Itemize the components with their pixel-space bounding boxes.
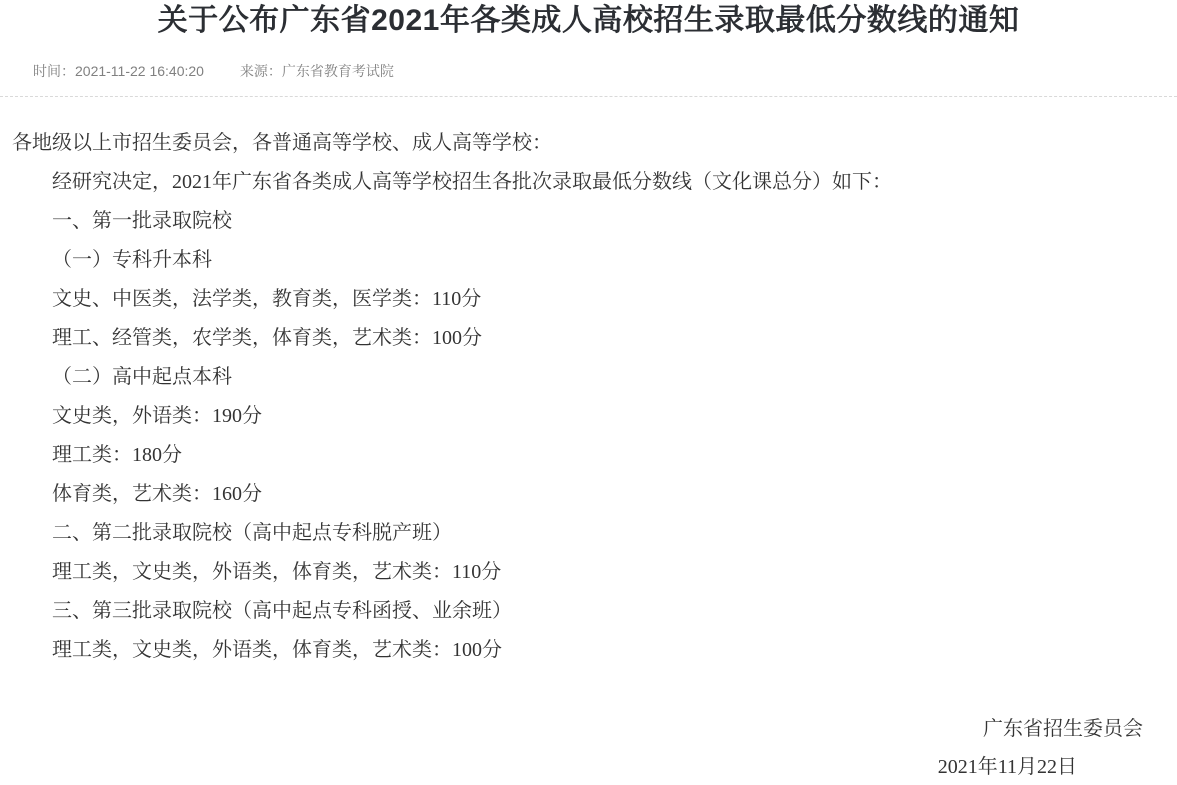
- paragraph-intro: 经研究决定，2021年广东省各类成人高等学校招生各批次录取最低分数线（文化课总分…: [12, 163, 1165, 202]
- signature-date: 2021年11月22日: [0, 748, 1177, 785]
- score-line-tiyu-160: 体育类，艺术类：160分: [12, 475, 1165, 514]
- publish-source-value: 广东省教育考试院: [282, 63, 394, 79]
- publish-time-label: 时间：: [33, 63, 75, 79]
- page-title: 关于公布广东省2021年各类成人高校招生录取最低分数线的通知: [0, 0, 1177, 37]
- score-line-batch3-100: 理工类，文史类，外语类，体育类，艺术类：100分: [12, 631, 1165, 670]
- section-batch-2-heading: 二、第二批录取院校（高中起点专科脱产班）: [12, 514, 1165, 553]
- score-line-wenshi-190: 文史类，外语类：190分: [12, 397, 1165, 436]
- score-line-ligong-100: 理工、经管类，农学类，体育类，艺术类：100分: [12, 319, 1165, 358]
- publish-source: 来源：广东省教育考试院: [240, 63, 394, 79]
- paragraph-addressees: 各地级以上市招生委员会，各普通高等学校、成人高等学校：: [12, 124, 1165, 163]
- signature-block: 广东省招生委员会 2021年11月22日: [0, 710, 1177, 785]
- publish-source-label: 来源：: [240, 63, 282, 79]
- section-batch-1-heading: 一、第一批录取院校: [12, 202, 1165, 241]
- notice-article-page: 关于公布广东省2021年各类成人高校招生录取最低分数线的通知 时间：2021-1…: [0, 0, 1177, 785]
- section-batch-3-heading: 三、第三批录取院校（高中起点专科函授、业余班）: [12, 592, 1165, 631]
- score-line-batch2-110: 理工类，文史类，外语类，体育类，艺术类：110分: [12, 553, 1165, 592]
- publish-time: 时间：2021-11-22 16:40:20: [33, 63, 204, 79]
- article-meta: 时间：2021-11-22 16:40:20 来源：广东省教育考试院: [0, 63, 1177, 80]
- publish-time-value: 2021-11-22 16:40:20: [75, 63, 204, 79]
- notice-body: 各地级以上市招生委员会，各普通高等学校、成人高等学校： 经研究决定，2021年广…: [0, 97, 1177, 670]
- score-line-wenshi-110: 文史、中医类，法学类，教育类，医学类：110分: [12, 280, 1165, 319]
- subsection-zhuansheng-ben-heading: （一）专科升本科: [12, 241, 1165, 280]
- subsection-gaozhong-benke-heading: （二）高中起点本科: [12, 358, 1165, 397]
- score-line-ligong-180: 理工类：180分: [12, 436, 1165, 475]
- signature-issuer: 广东省招生委员会: [0, 710, 1177, 748]
